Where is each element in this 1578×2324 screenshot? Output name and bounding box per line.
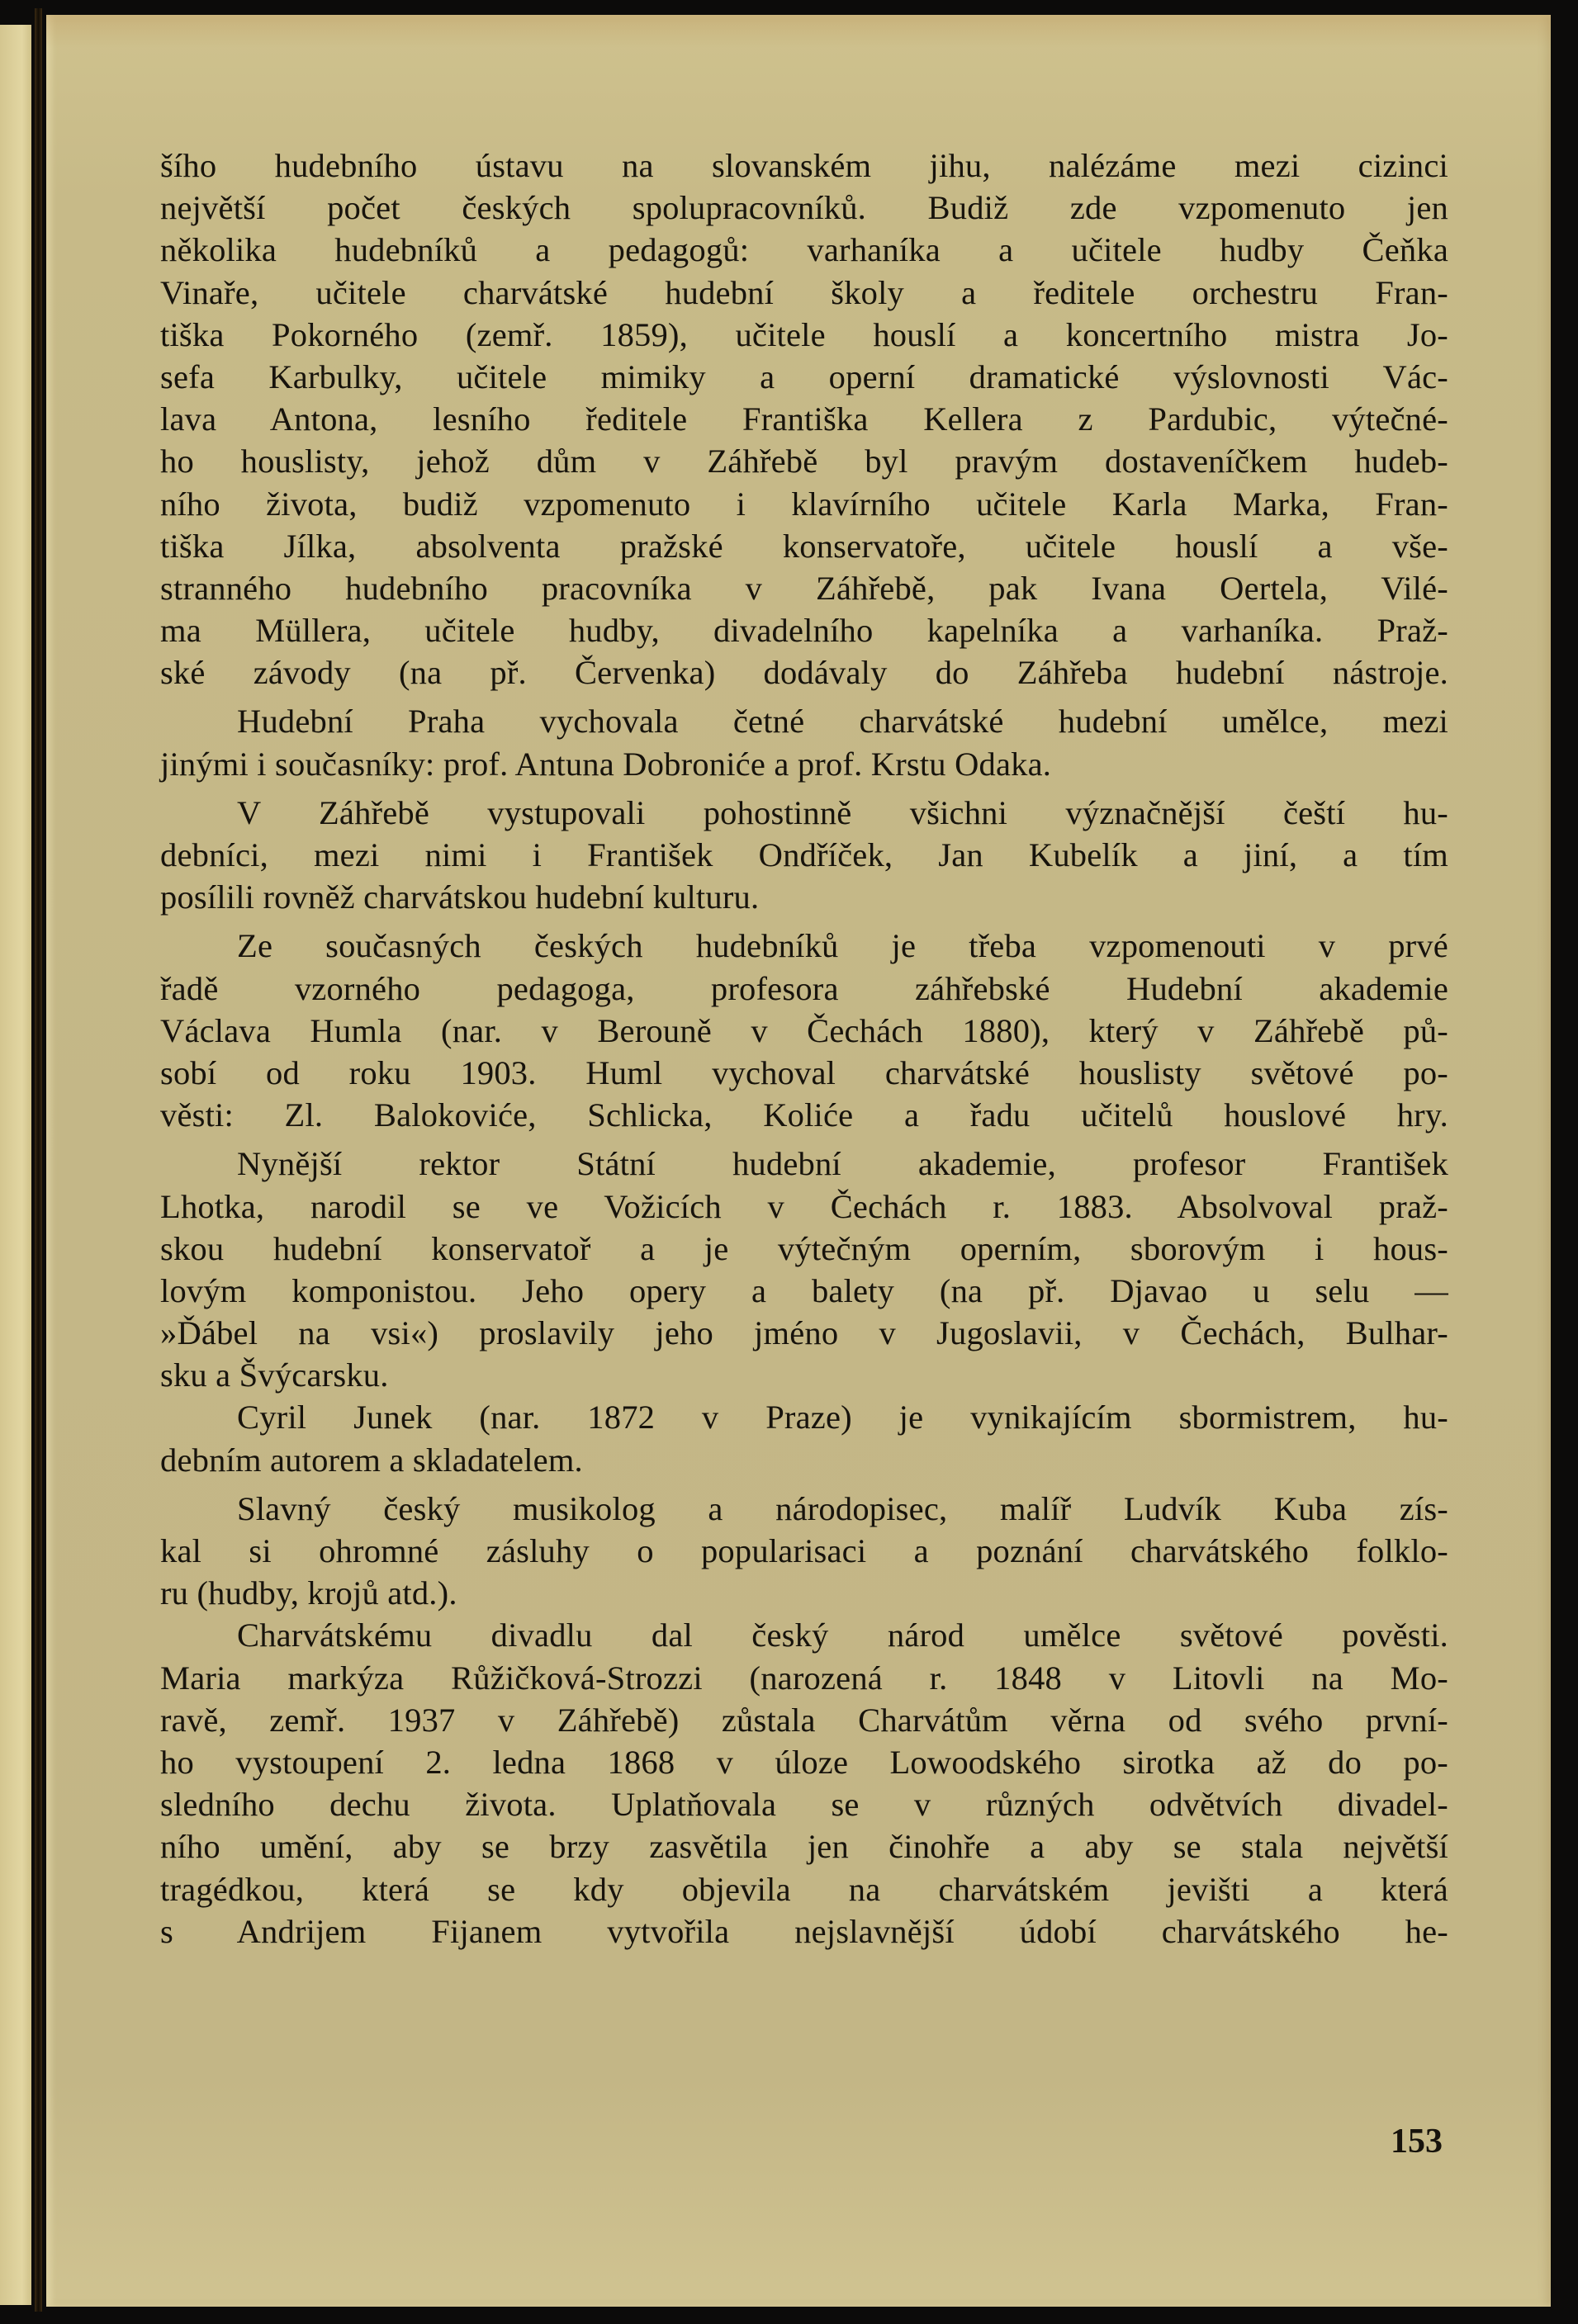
paragraph: V Záhřebě vystupovali pohostinně všichni… bbox=[160, 792, 1448, 919]
adjacent-page-edge bbox=[0, 25, 31, 2305]
page-top-shadow bbox=[46, 15, 1551, 48]
text-line: Vinaře, učitele charvátské hudební školy… bbox=[160, 272, 1448, 314]
text-line: Václava Humla (nar. v Berouně v Čechách … bbox=[160, 1010, 1448, 1052]
book-gutter bbox=[35, 8, 42, 2312]
text-line: debníci, mezi nimi i František Ondříček,… bbox=[160, 834, 1448, 876]
text-line: sku a Švýcarsku. bbox=[160, 1354, 1448, 1396]
paragraph: šího hudebního ústavu na slovanském jihu… bbox=[160, 144, 1448, 693]
text-line: ho vystoupení 2. ledna 1868 v úloze Lowo… bbox=[160, 1741, 1448, 1783]
text-line: stranného hudebního pracovníka v Záhřebě… bbox=[160, 567, 1448, 609]
text-line: řadě vzorného pedagoga, profesora záhřeb… bbox=[160, 968, 1448, 1010]
text-line: sledního dechu života. Uplatňovala se v … bbox=[160, 1783, 1448, 1825]
text-line: tiška Pokorného (zemř. 1859), učitele ho… bbox=[160, 314, 1448, 356]
text-line: největší počet českých spolupracovníků. … bbox=[160, 187, 1448, 229]
text-line: ho houslisty, jehož dům v Záhřebě byl pr… bbox=[160, 440, 1448, 482]
text-line: s Andrijem Fijanem vytvořila nejslavnějš… bbox=[160, 1910, 1448, 1952]
text-line: tiška Jílka, absolventa pražské konserva… bbox=[160, 525, 1448, 567]
text-line: jinými i současníky: prof. Antuna Dobron… bbox=[160, 743, 1448, 785]
body-text: šího hudebního ústavu na slovanském jihu… bbox=[160, 144, 1448, 1952]
text-line: ravě, zemř. 1937 v Záhřebě) zůstala Char… bbox=[160, 1699, 1448, 1741]
text-line: Slavný český musikolog a národopisec, ma… bbox=[160, 1488, 1448, 1530]
paragraph: Cyril Junek (nar. 1872 v Praze) je vynik… bbox=[160, 1396, 1448, 1480]
text-line: Lhotka, narodil se ve Vožicích v Čechách… bbox=[160, 1186, 1448, 1228]
text-line: šího hudebního ústavu na slovanském jihu… bbox=[160, 144, 1448, 187]
text-line: Cyril Junek (nar. 1872 v Praze) je vynik… bbox=[160, 1396, 1448, 1438]
text-line: Ze současných českých hudebníků je třeba… bbox=[160, 925, 1448, 967]
paragraph: Hudební Praha vychovala četné charvátské… bbox=[160, 700, 1448, 784]
text-line: tragédkou, která se kdy objevila na char… bbox=[160, 1868, 1448, 1910]
text-line: Maria markýza Růžičková-Strozzi (narozen… bbox=[160, 1657, 1448, 1699]
text-line: ma Müllera, učitele hudby, divadelního k… bbox=[160, 609, 1448, 651]
page-number: 153 bbox=[1391, 2122, 1443, 2161]
paragraph: Ze současných českých hudebníků je třeba… bbox=[160, 925, 1448, 1136]
text-line: ního života, budiž vzpomenuto i klavírní… bbox=[160, 483, 1448, 525]
text-line: kal si ohromné zásluhy o popularisaci a … bbox=[160, 1530, 1448, 1572]
text-line: sobí od roku 1903. Huml vychoval charvát… bbox=[160, 1052, 1448, 1094]
paragraph: Charvátskému divadlu dal český národ umě… bbox=[160, 1614, 1448, 1952]
text-line: lovým komponistou. Jeho opery a balety (… bbox=[160, 1270, 1448, 1312]
text-line: »Ďábel na vsi«) proslavily jeho jméno v … bbox=[160, 1312, 1448, 1354]
text-line: sefa Karbulky, učitele mimiky a operní d… bbox=[160, 356, 1448, 398]
text-line: Hudební Praha vychovala četné charvátské… bbox=[160, 700, 1448, 742]
paragraph: Nynější rektor Státní hudební akademie, … bbox=[160, 1143, 1448, 1396]
text-line: několika hudebníků a pedagogů: varhaníka… bbox=[160, 229, 1448, 271]
text-line: ního umění, aby se brzy zasvětila jen či… bbox=[160, 1825, 1448, 1867]
text-line: posílili rovněž charvátskou hudební kult… bbox=[160, 876, 1448, 918]
text-line: ru (hudby, krojů atd.). bbox=[160, 1572, 1448, 1614]
text-line: skou hudební konservatoř a je výtečným o… bbox=[160, 1228, 1448, 1270]
text-line: věsti: Zl. Balokoviće, Schlicka, Koliće … bbox=[160, 1094, 1448, 1136]
text-line: lava Antona, lesního ředitele Františka … bbox=[160, 398, 1448, 440]
text-line: ské závody (na př. Červenka) dodávaly do… bbox=[160, 651, 1448, 693]
book-page: šího hudebního ústavu na slovanském jihu… bbox=[46, 15, 1551, 2307]
text-line: Nynější rektor Státní hudební akademie, … bbox=[160, 1143, 1448, 1185]
text-line: debním autorem a skladatelem. bbox=[160, 1439, 1448, 1481]
text-line: Charvátskému divadlu dal český národ umě… bbox=[160, 1614, 1448, 1656]
text-line: V Záhřebě vystupovali pohostinně všichni… bbox=[160, 792, 1448, 834]
paragraph: Slavný český musikolog a národopisec, ma… bbox=[160, 1488, 1448, 1615]
